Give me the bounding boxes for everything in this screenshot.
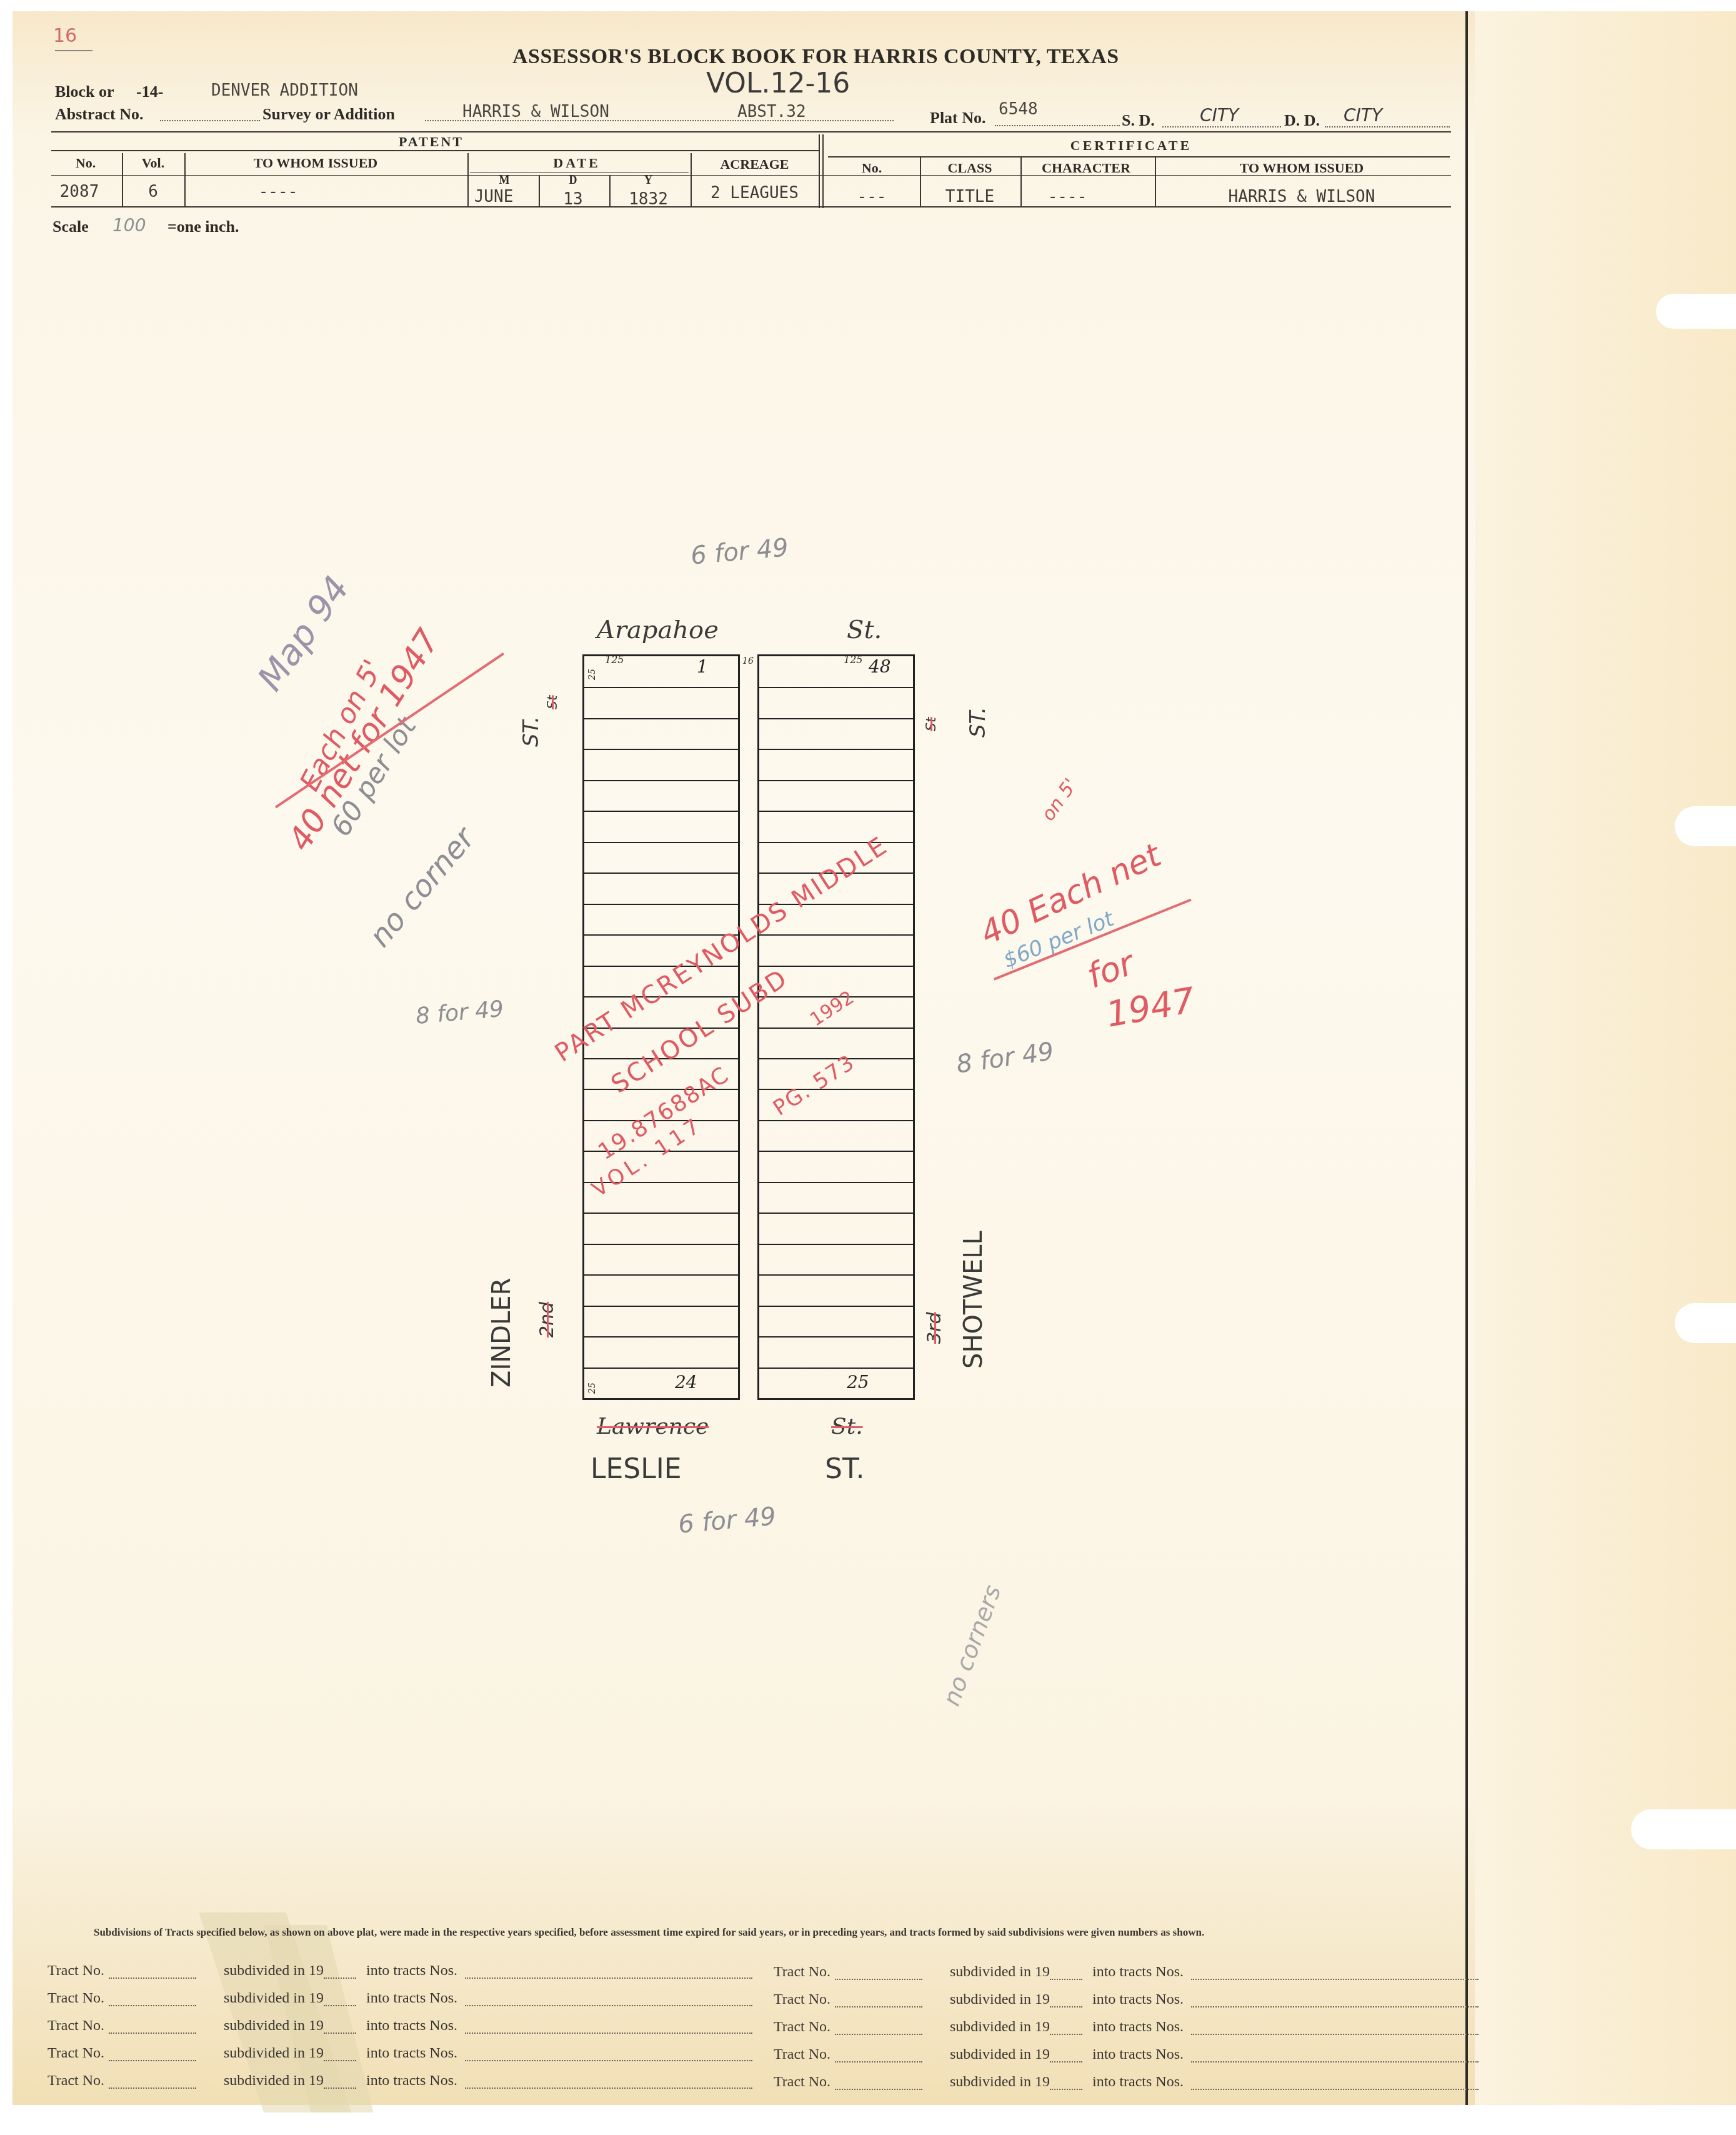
plat-field [995,125,1120,126]
punch-hole [1675,806,1736,846]
lot-width-bottom: 25 [587,1382,597,1394]
block-value: -14- [136,82,163,101]
subdivided-label: subdivided in 19 [224,2045,324,2062]
lot-divider [584,718,738,719]
street-bottom-suffix: ST. [825,1453,865,1485]
certificate-col-character: CHARACTER [1020,160,1152,176]
lot-divider [759,1182,913,1183]
tract-no-field[interactable] [109,2032,196,2034]
tract-label: Tract No. [774,2046,831,2063]
street-right-name: SHOTWELL [959,1231,988,1369]
year-field[interactable] [324,2005,356,2006]
lot-divider [759,718,913,719]
survey-value: HARRIS & WILSON [462,102,609,121]
page-title: ASSESSOR'S BLOCK BOOK FOR HARRIS COUNTY,… [512,45,1119,69]
into-tracts-label: into tracts Nos. [366,2017,457,2034]
table-rule [828,156,1450,157]
lot-divider [759,934,913,936]
table-rule [51,131,1451,132]
certificate-col-to-whom: TO WHOM ISSUED [1155,160,1449,176]
tract-no-field[interactable] [109,1977,196,1979]
lot-divider [584,842,738,843]
patent-certificate-divider [822,134,824,208]
lot-divider [584,749,738,750]
lot-divider [759,1151,913,1152]
abstract-value: ABST.32 [737,102,806,121]
certificate-character: ---- [1020,187,1114,206]
tract-no-field[interactable] [109,2005,196,2006]
into-tracts-label: into tracts Nos. [1092,2046,1184,2063]
year-field[interactable] [1050,2034,1082,2035]
street-right-old-suffix: St [924,717,939,731]
certificate-col-no: No. [825,160,919,176]
divider [55,50,92,51]
into-tracts-label: into tracts Nos. [1092,2074,1184,2091]
tracts-nos-field[interactable] [465,2087,752,2089]
certificate-to-whom: HARRIS & WILSON [1155,187,1449,206]
subdivided-label: subdivided in 19 [950,2074,1050,2091]
patent-heading: PATENT [369,134,494,150]
tracts-nos-field[interactable] [465,2032,752,2034]
punch-hole [1631,1809,1736,1849]
lot-divider [584,1336,738,1337]
street-right-old-name: 3rd [924,1312,945,1344]
lot-divider [759,1274,913,1276]
lot-number-bottom-left: 24 [675,1372,697,1392]
lot-depth-left: 125 [605,654,624,666]
dd-field [1325,126,1450,127]
sd-field [1162,126,1281,127]
dd-value: CITY [1344,105,1382,126]
tracts-nos-field[interactable] [465,2060,752,2061]
patent-day: 13 [539,190,607,209]
into-tracts-label: into tracts Nos. [1092,2019,1184,2036]
lot-divider [584,1367,738,1369]
lot-divider [584,1274,738,1276]
into-tracts-label: into tracts Nos. [1092,1964,1184,1981]
tract-label: Tract No. [774,1991,831,2008]
patent-col-acreage: ACREAGE [691,156,819,172]
tract-label: Tract No. [774,2074,831,2091]
tract-label: Tract No. [47,1990,104,2007]
year-field[interactable] [324,2087,356,2089]
subdivided-label: subdivided in 19 [224,1990,324,2007]
certificate-class: TITLE [920,187,1020,206]
year-field[interactable] [324,1977,356,1979]
abstract-field [160,120,260,121]
patent-no: 2087 [45,182,114,201]
volume-note: VOL.12-16 [706,67,850,99]
sd-value: CITY [1200,105,1239,126]
subdivided-label: subdivided in 19 [950,2046,1050,2063]
lot-divider [584,780,738,781]
tract-no-field[interactable] [109,2060,196,2061]
abstract-label: Abstract No. [55,105,144,124]
year-field[interactable] [1050,2089,1082,2090]
lot-divider [759,1336,913,1337]
certificate-col-class: CLASS [920,160,1020,176]
lot-divider [584,687,738,688]
patent-acreage: 2 LEAGUES [691,184,819,202]
lot-divider [584,1244,738,1245]
lot-divider [584,904,738,905]
punch-hole [1675,1303,1736,1343]
lot-divider [759,1212,913,1214]
street-left-name: ZINDLER [487,1278,516,1387]
patent-col-date: DATE [467,155,686,171]
year-field[interactable] [1050,2061,1082,2062]
tract-no-field[interactable] [835,1979,922,1980]
alley-width: 16 [742,656,754,666]
into-tracts-label: into tracts Nos. [1092,1991,1184,2008]
lot-divider [759,1306,913,1307]
tract-no-field[interactable] [835,2006,922,2007]
into-tracts-label: into tracts Nos. [366,1962,457,1979]
street-right-suffix: ST. [965,707,990,737]
tract-label: Tract No. [47,2017,104,2034]
lot-divider [584,1306,738,1307]
scale-label: Scale [52,217,89,236]
lot-divider [759,811,913,812]
street-left-suffix: ST. [519,716,544,747]
dd-label: D. D. [1284,111,1320,130]
lot-divider [584,1212,738,1214]
patent-col-day: D [539,174,607,187]
tract-no-field[interactable] [835,2089,922,2090]
document-sheet [12,11,1475,2105]
subdivided-label: subdivided in 19 [950,1964,1050,1981]
tracts-nos-field[interactable] [1191,1979,1479,1980]
street-top-suffix: St. [847,616,882,644]
survey-label: Survey or Addition [262,105,395,124]
patent-to-whom: ---- [184,182,372,201]
lot-divider [759,780,913,781]
into-tracts-label: into tracts Nos. [366,1990,457,2007]
subdivided-label: subdivided in 19 [224,2072,324,2089]
lot-divider [584,934,738,936]
tract-no-field[interactable] [109,2087,196,2089]
subdivided-label: subdivided in 19 [950,2019,1050,2036]
tracts-nos-field[interactable] [465,2005,752,2006]
patent-certificate-divider [819,134,820,208]
scale-suffix: =one inch. [167,217,239,236]
tracts-nos-field[interactable] [1191,2089,1479,2090]
scale-value: 100 [112,215,146,236]
lot-number-top-left: 1 [697,656,708,677]
street-bottom-old: Lawrence [597,1414,709,1439]
sd-label: S. D. [1122,111,1155,130]
year-field[interactable] [1050,2006,1082,2007]
lot-divider [759,1367,913,1369]
table-rule [51,206,1451,207]
patent-vol: 6 [122,182,184,201]
tract-no-field[interactable] [835,2034,922,2035]
tract-label: Tract No. [47,2072,104,2089]
punch-hole [1656,294,1736,329]
lot-divider [759,1089,913,1090]
tract-label: Tract No. [774,2019,831,2036]
street-bottom-old-suffix: St. [831,1414,863,1439]
addition-name: DENVER ADDITION [211,81,358,100]
tract-label: Tract No. [47,1962,104,1979]
into-tracts-label: into tracts Nos. [366,2072,457,2089]
certificate-no: --- [825,187,919,206]
binding-line [1465,11,1468,2105]
lot-divider [759,842,913,843]
year-field[interactable] [1050,1979,1082,1980]
year-field[interactable] [324,2032,356,2034]
tract-label: Tract No. [47,2045,104,2062]
patent-year: 1832 [609,190,687,209]
street-left-old-name: 2nd [536,1302,558,1337]
page-mark: 16 [53,25,77,47]
lot-number-top-right: 48 [869,656,891,677]
tracts-nos-field[interactable] [1191,2034,1479,2035]
patent-month: JUNE [459,187,528,206]
lot-number-bottom-right: 25 [847,1372,869,1392]
lot-divider [584,872,738,874]
patent-col-month: M [470,174,539,187]
patent-col-to-whom: TO WHOM ISSUED [184,155,447,171]
lot-depth-right: 125 [844,654,863,666]
tracts-nos-field[interactable] [1191,2061,1479,2062]
lot-divider [759,966,913,967]
plat-value: 6548 [999,100,1038,119]
street-left-old-suffix: St [545,695,561,709]
subdivided-label: subdivided in 19 [224,2017,324,2034]
year-field[interactable] [324,2060,356,2061]
lot-divider [584,811,738,812]
patent-col-vol: Vol. [122,155,184,171]
lot-divider [759,1027,913,1029]
tract-label: Tract No. [774,1964,831,1981]
right-block [757,654,915,1400]
subdivided-label: subdivided in 19 [950,1991,1050,2008]
patent-col-year: Y [609,174,687,187]
lot-width-top: 25 [587,669,597,680]
tract-no-field[interactable] [835,2061,922,2062]
plat-label: Plat No. [930,109,986,127]
subdivisions-intro: Subdivisions of Tracts specified below, … [49,1925,1449,1940]
street-bottom-name: LESLIE [591,1453,682,1485]
patent-col-no: No. [51,155,120,171]
tracts-nos-field[interactable] [465,1977,752,1979]
tracts-nos-field[interactable] [1191,2006,1479,2007]
into-tracts-label: into tracts Nos. [366,2045,457,2062]
table-rule [51,150,820,151]
block-label: Block or [55,82,114,101]
lot-divider [759,687,913,688]
lot-divider [759,749,913,750]
lot-divider [759,1244,913,1245]
subdivided-label: subdivided in 19 [224,1962,324,1979]
date-rule [470,172,689,173]
certificate-heading: CERTIFICATE [1000,137,1262,154]
street-top: Arapahoe [597,616,719,644]
